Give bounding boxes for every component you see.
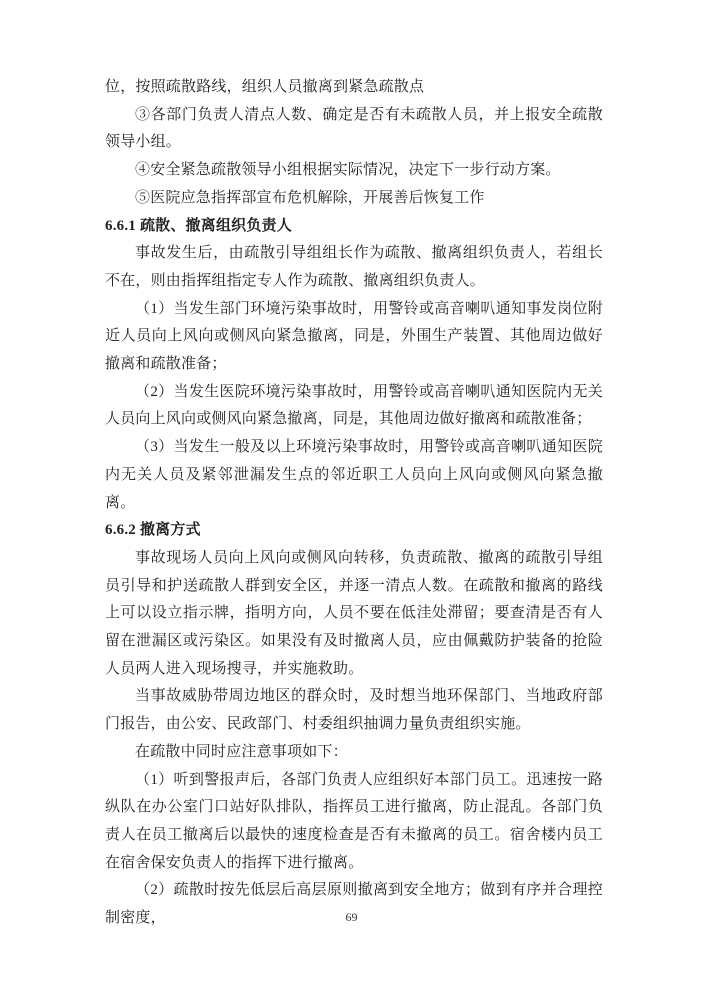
body-paragraph: ⑤医院应急指挥部宣布危机解除，开展善后恢复工作 [105, 185, 603, 213]
page-number: 69 [0, 910, 703, 925]
section-heading: 6.6.1 疏散、撤离组织负责人 [105, 213, 603, 241]
body-paragraph: （3）当发生一般及以上环境污染事故时，用警铃或高音喇叭通知医院内无关人员及紧邻泄… [105, 434, 603, 517]
body-paragraph: 当事故威胁带周边地区的群众时，及时想当地环保部门、当地政府部门报告，由公安、民政… [105, 683, 603, 738]
body-paragraph: （1）当发生部门环境污染事故时，用警铃或高音喇叭通知事发岗位附近人员向上风向或侧… [105, 296, 603, 379]
body-paragraph: ③各部门负责人清点人数、确定是否有未疏散人员，并上报安全疏散领导小组。 [105, 102, 603, 157]
body-paragraph: 位，按照疏散路线，组织人员撤离到紧急疏散点 [105, 74, 603, 102]
body-paragraph: （2）当发生医院环境污染事故时，用警铃或高音喇叭通知医院内无关人员向上风向或侧风… [105, 379, 603, 434]
body-paragraph: 在疏散中同时应注意事项如下： [105, 739, 603, 767]
body-paragraph: （1）听到警报声后，各部门负责人应组织好本部门员工。迅速按一路纵队在办公室门口站… [105, 767, 603, 878]
body-paragraph: 事故现场人员向上风向或侧风向转移，负责疏散、撤离的疏散引导组员引导和护送疏散人群… [105, 545, 603, 684]
document-content: 位，按照疏散路线，组织人员撤离到紧急疏散点③各部门负责人清点人数、确定是否有未疏… [105, 74, 603, 933]
section-heading: 6.6.2 撤离方式 [105, 517, 603, 545]
body-paragraph: ④安全紧急疏散领导小组根据实际情况，决定下一步行动方案。 [105, 157, 603, 185]
document-page: 位，按照疏散路线，组织人员撤离到紧急疏散点③各部门负责人清点人数、确定是否有未疏… [0, 0, 703, 994]
body-paragraph: 事故发生后，由疏散引导组组长作为疏散、撤离组织负责人，若组长不在，则由指挥组指定… [105, 240, 603, 295]
